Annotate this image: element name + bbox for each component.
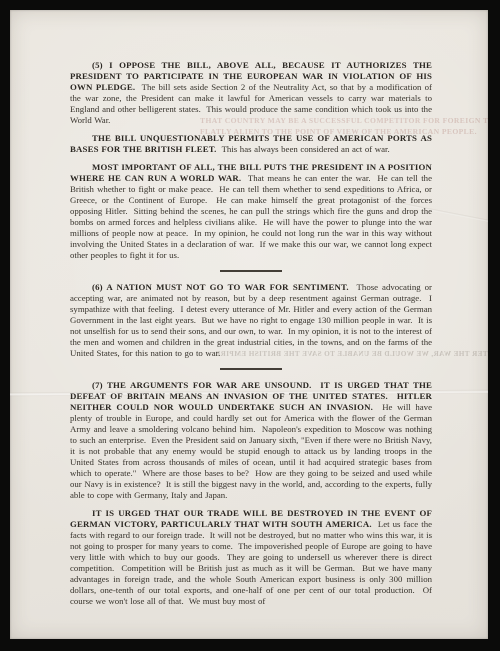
paragraph-body: That means he can enter the war. He can … (70, 173, 432, 260)
document-body: (5) I OPPOSE THE BILL, ABOVE ALL, BECAUS… (10, 10, 488, 607)
scanned-page-frame: (5) I OPPOSE THE BILL, ABOVE ALL, BECAUS… (0, 0, 500, 651)
paper: (5) I OPPOSE THE BILL, ABOVE ALL, BECAUS… (10, 10, 488, 639)
paragraph: (5) I OPPOSE THE BILL, ABOVE ALL, BECAUS… (70, 60, 432, 126)
section-divider (220, 368, 282, 370)
paragraph: (7) THE ARGUMENTS FOR WAR ARE UNSOUND. I… (70, 380, 432, 501)
paragraph: (6) A NATION MUST NOT GO TO WAR FOR SENT… (70, 282, 432, 359)
paragraph: THE BILL UNQUESTIONABLY PERMITS THE USE … (70, 133, 432, 155)
paragraph-body: He will have plenty of trouble in Europe… (70, 402, 432, 500)
paragraph-body: Those advocating or accepting war, are a… (70, 282, 432, 358)
paragraph-lead: (7) THE ARGUMENTS FOR WAR ARE UNSOUND. I… (70, 380, 432, 412)
paragraph-body: This has always been considered an act o… (222, 144, 390, 154)
paragraph-lead: (6) A NATION MUST NOT GO TO WAR FOR SENT… (92, 282, 349, 292)
paragraph: IT IS URGED THAT OUR TRADE WILL BE DESTR… (70, 508, 432, 607)
section-divider (220, 270, 282, 272)
paragraph: MOST IMPORTANT OF ALL, THE BILL PUTS THE… (70, 162, 432, 261)
paragraph-body: Let us face the facts with regard to our… (70, 519, 432, 606)
